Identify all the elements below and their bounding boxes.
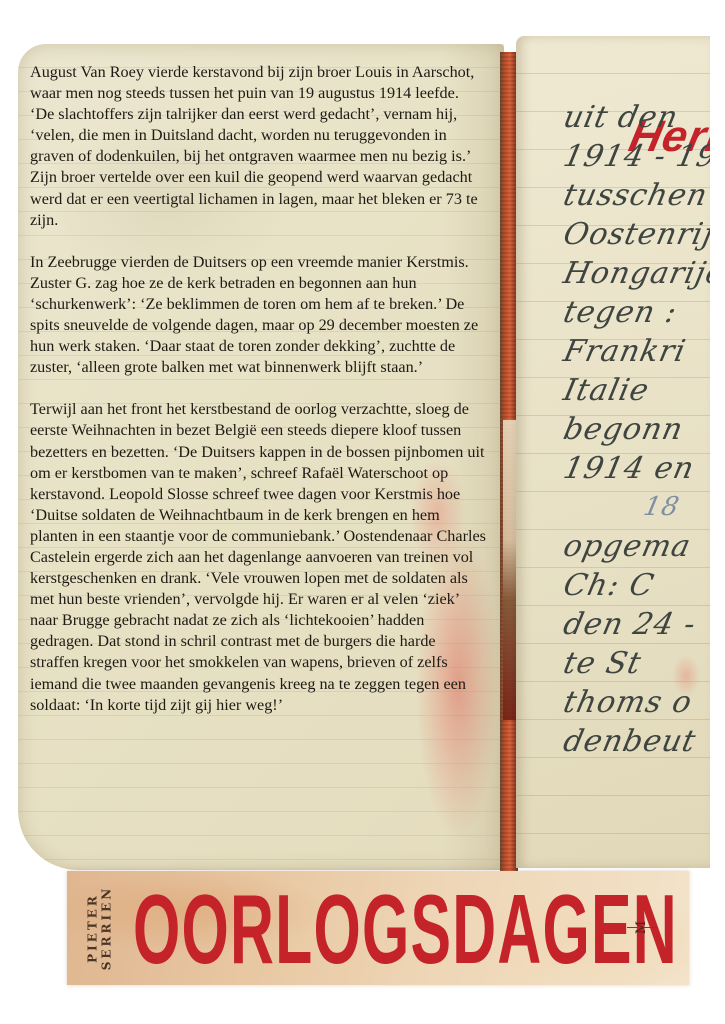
author-first-name: PIETER <box>85 886 99 971</box>
spine-tear <box>503 420 517 720</box>
handwritten-line: opgema <box>560 527 710 566</box>
handwritten-line: thoms o <box>560 683 710 722</box>
paragraph-aarschot: August Van Roey vierde kerstavond bij zi… <box>30 62 486 231</box>
book-title-banner: PIETER SERRIEN OORLOGSDAGEN M <box>67 871 689 985</box>
handwritten-line: tegen : <box>560 293 710 332</box>
handwritten-line: tusschen <box>560 176 710 215</box>
publisher-logo-icon: M <box>627 915 657 939</box>
author-last-name: SERRIEN <box>99 886 113 971</box>
handwritten-line: Frankri <box>560 332 710 371</box>
handwritten-line: Italie <box>560 371 710 410</box>
book-title: OORLOGSDAGEN <box>133 881 678 977</box>
handwritten-line: uit den <box>560 98 710 137</box>
handwritten-line: Oostenrij <box>560 215 710 254</box>
handwritten-line: 1914 en <box>560 449 710 488</box>
handwritten-line: begonn <box>560 410 710 449</box>
handwritten-line: te St <box>560 644 710 683</box>
handwritten-text: Herin uit den 1914 - 19 tusschen Oostenr… <box>564 98 710 761</box>
handwritten-line: Hongarije <box>560 254 710 293</box>
author-name: PIETER SERRIEN <box>77 879 121 977</box>
handwritten-line: denbeut <box>560 722 710 761</box>
paragraph-weihnachten: Terwijl aan het front het kerstbestand d… <box>30 399 486 715</box>
article-body: August Van Roey vierde kerstavond bij zi… <box>30 62 486 737</box>
handwritten-line: 1914 - 19 <box>560 137 710 176</box>
handwritten-line: 18 <box>560 488 710 527</box>
handwritten-line: Ch: C <box>560 566 710 605</box>
handwritten-line: den 24 - <box>560 605 710 644</box>
paragraph-zeebrugge: In Zeebrugge vierden de Duitsers op een … <box>30 252 486 379</box>
publisher-mark: M <box>635 920 650 933</box>
notebook-right-page: Herin uit den 1914 - 19 tusschen Oostenr… <box>516 36 710 868</box>
